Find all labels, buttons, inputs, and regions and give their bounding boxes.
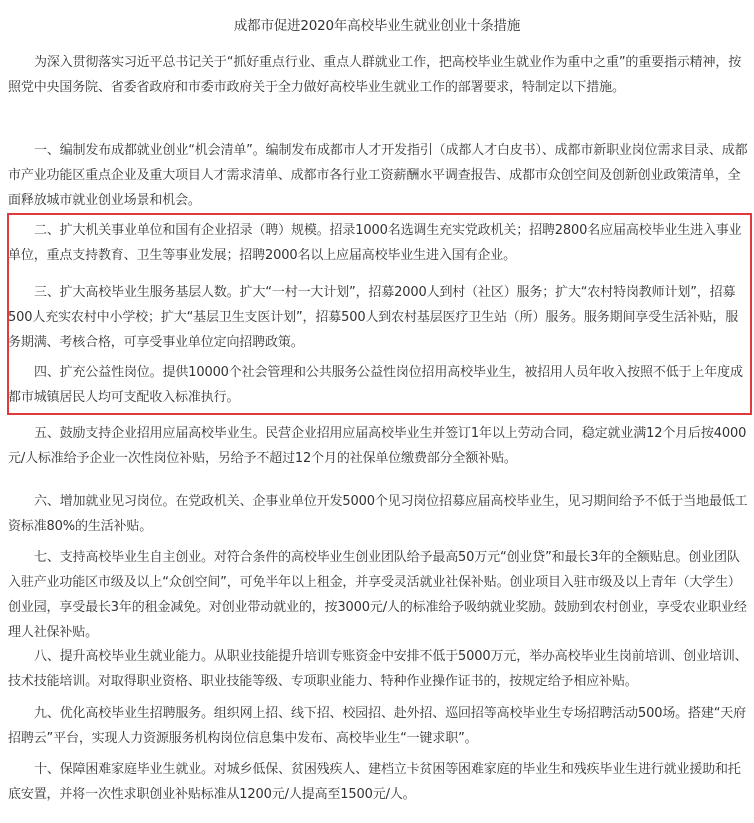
measure-5: 五、鼓励支持企业招用应届高校毕业生。民营企业招用应届高校毕业生并签订1年以上劳动… <box>8 421 748 471</box>
intro-paragraph: 为深入贯彻落实习近平总书记关于“抓好重点行业、重点人群就业工作，把高校毕业生就业… <box>8 50 748 100</box>
measure-7: 七、支持高校毕业生自主创业。对符合条件的高校毕业生创业团队给予最高50万元“创业… <box>8 545 748 645</box>
measure-2: 二、扩大机关事业单位和国有企业招录（聘）规模。招录1000名选调生充实党政机关；… <box>8 218 748 268</box>
measure-4: 四、扩充公益性岗位。提供10000个社会管理和公共服务公益性岗位招用高校毕业生，… <box>8 360 748 410</box>
measure-9: 九、优化高校毕业生招聘服务。组织网上招、线下招、校园招、赴外招、巡回招等高校毕业… <box>8 701 748 751</box>
measure-6: 六、增加就业见习岗位。在党政机关、企事业单位开发5000个见习岗位招募应届高校毕… <box>8 489 748 539</box>
measure-1: 一、编制发布成都就业创业“机会清单”。编制发布成都市人才开发指引（成都人才白皮书… <box>8 138 748 213</box>
measure-3: 三、扩大高校毕业生服务基层人数。扩大“一村一大计划”，招募2000人到村（社区）… <box>8 280 748 355</box>
document-title: 成都市促进2020年高校毕业生就业创业十条措施 <box>0 14 754 34</box>
measure-8: 八、提升高校毕业生就业能力。从职业技能提升培训专账资金中安排不低于5000万元，… <box>8 644 748 694</box>
measure-10: 十、保障困难家庭毕业生就业。对城乡低保、贫困残疾人、建档立卡贫困等困难家庭的毕业… <box>8 757 748 807</box>
